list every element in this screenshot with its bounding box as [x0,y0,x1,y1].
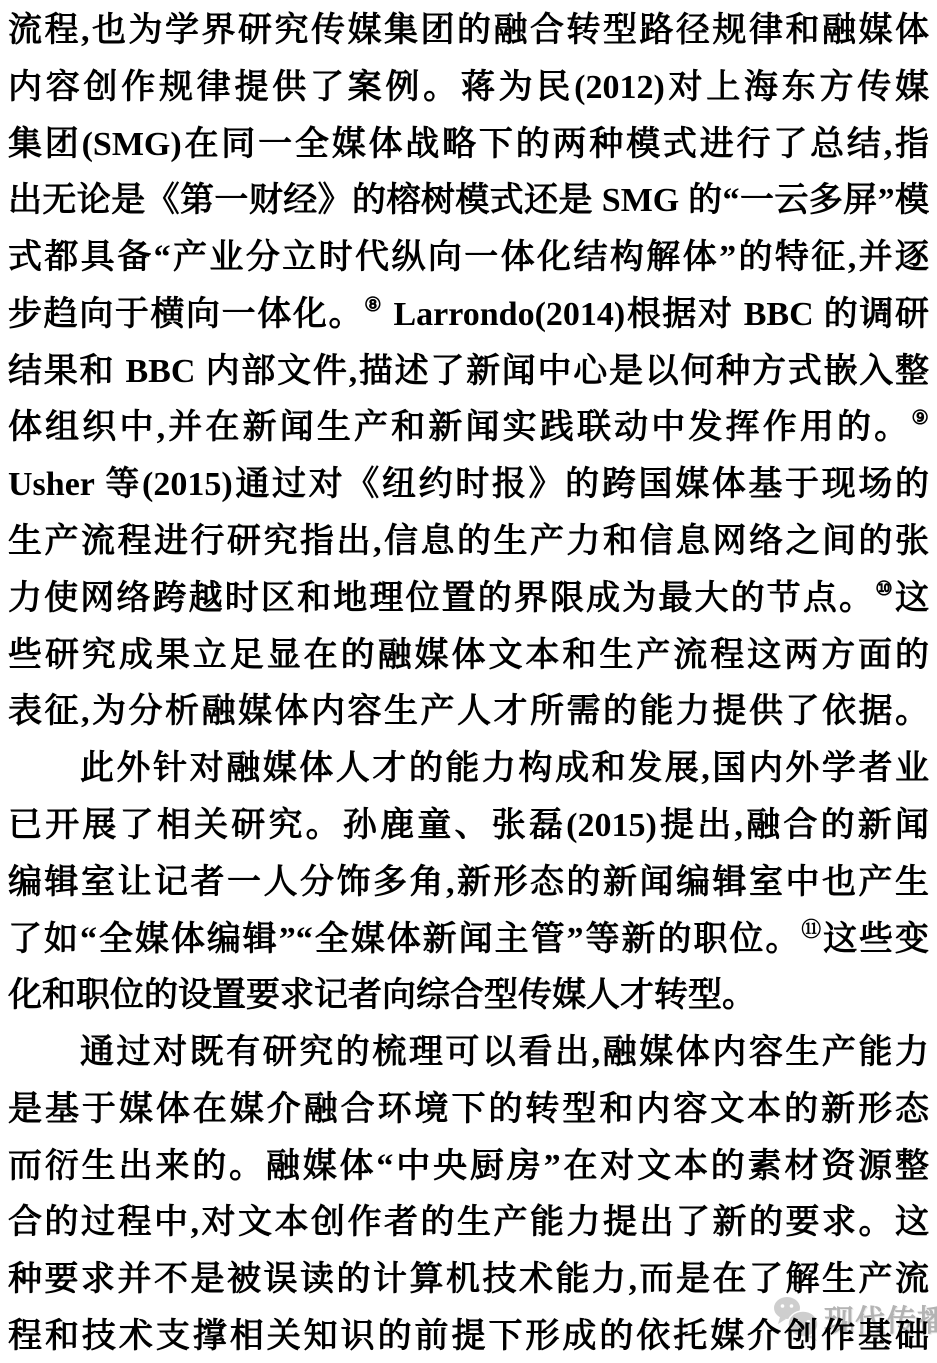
text-line: 合的过程中,对文本创作者的生产能力提出了新的要求。这 [8,1195,929,1252]
text-line: 表征,为分析融媒体内容生产人才所需的能力提供了依据。 [8,684,929,741]
text-line: 结果和 BBC 内部文件,描述了新闻中心是以何种方式嵌入整 [8,344,929,401]
text-line: 式都具备“产业分立时代纵向一体化结构解体”的特征,并逐 [8,230,929,287]
text-line: 出无论是《第一财经》的榕树模式还是 SMG 的“一云多屏”模 [8,173,929,230]
footnote-marker: ⑪ [801,919,823,941]
text-line: 已开展了相关研究。孙鹿童、张磊(2015)提出,融合的新闻 [8,798,929,855]
text-line: 此外针对融媒体人才的能力构成和发展,国内外学者业 [8,741,929,798]
text-line: 了如“全媒体编辑”“全媒体新闻主管”等新的职位。⑪这些变 [8,912,929,969]
text-line: 化和职位的设置要求记者向综合型传媒人才转型。 [8,968,929,1025]
text-line: Usher 等(2015)通过对《纽约时报》的跨国媒体基于现场的 [8,457,929,514]
text-body: 流程,也为学界研究传媒集团的融合转型路径规律和融媒体内容创作规律提供了案例。蒋为… [8,3,929,1363]
text-line: 集团(SMG)在同一全媒体战略下的两种模式进行了总结,指 [8,117,929,174]
text-line: 体组织中,并在新闻生产和新闻实践联动中发挥作用的。⑨ [8,400,929,457]
text-line: 编辑室让记者一人分饰多角,新形态的新闻编辑室中也产生 [8,855,929,912]
text-line: 步趋向于横向一体化。⑧ Larrondo(2014)根据对 BBC 的调研 [8,287,929,344]
document-page: 流程,也为学界研究传媒集团的融合转型路径规律和融媒体内容创作规律提供了案例。蒋为… [0,0,937,1363]
footnote-marker: ⑨ [911,407,929,429]
text-line: 些研究成果立足显在的融媒体文本和生产流程这两方面的 [8,628,929,685]
text-line: 通过对既有研究的梳理可以看出,融媒体内容生产能力 [8,1025,929,1082]
text-line: 种要求并不是被误读的计算机技术能力,而是在了解生产流 [8,1252,929,1309]
text-line: 流程,也为学界研究传媒集团的融合转型路径规律和融媒体 [8,3,929,60]
text-line: 而衍生出来的。融媒体“中央厨房”在对文本的素材资源整 [8,1139,929,1196]
text-line: 是基于媒体在媒介融合环境下的转型和内容文本的新形态 [8,1082,929,1139]
text-line: 内容创作规律提供了案例。蒋为民(2012)对上海东方传媒 [8,60,929,117]
footnote-marker: ⑩ [875,578,895,600]
text-line: 生产流程进行研究指出,信息的生产力和信息网络之间的张 [8,514,929,571]
text-line: 力使网络跨越时区和地理位置的界限成为最大的节点。⑩这 [8,571,929,628]
footnote-marker: ⑧ [364,294,383,316]
text-line: 程和技术支撑相关知识的前提下形成的依托媒介创作基础 [8,1309,929,1363]
